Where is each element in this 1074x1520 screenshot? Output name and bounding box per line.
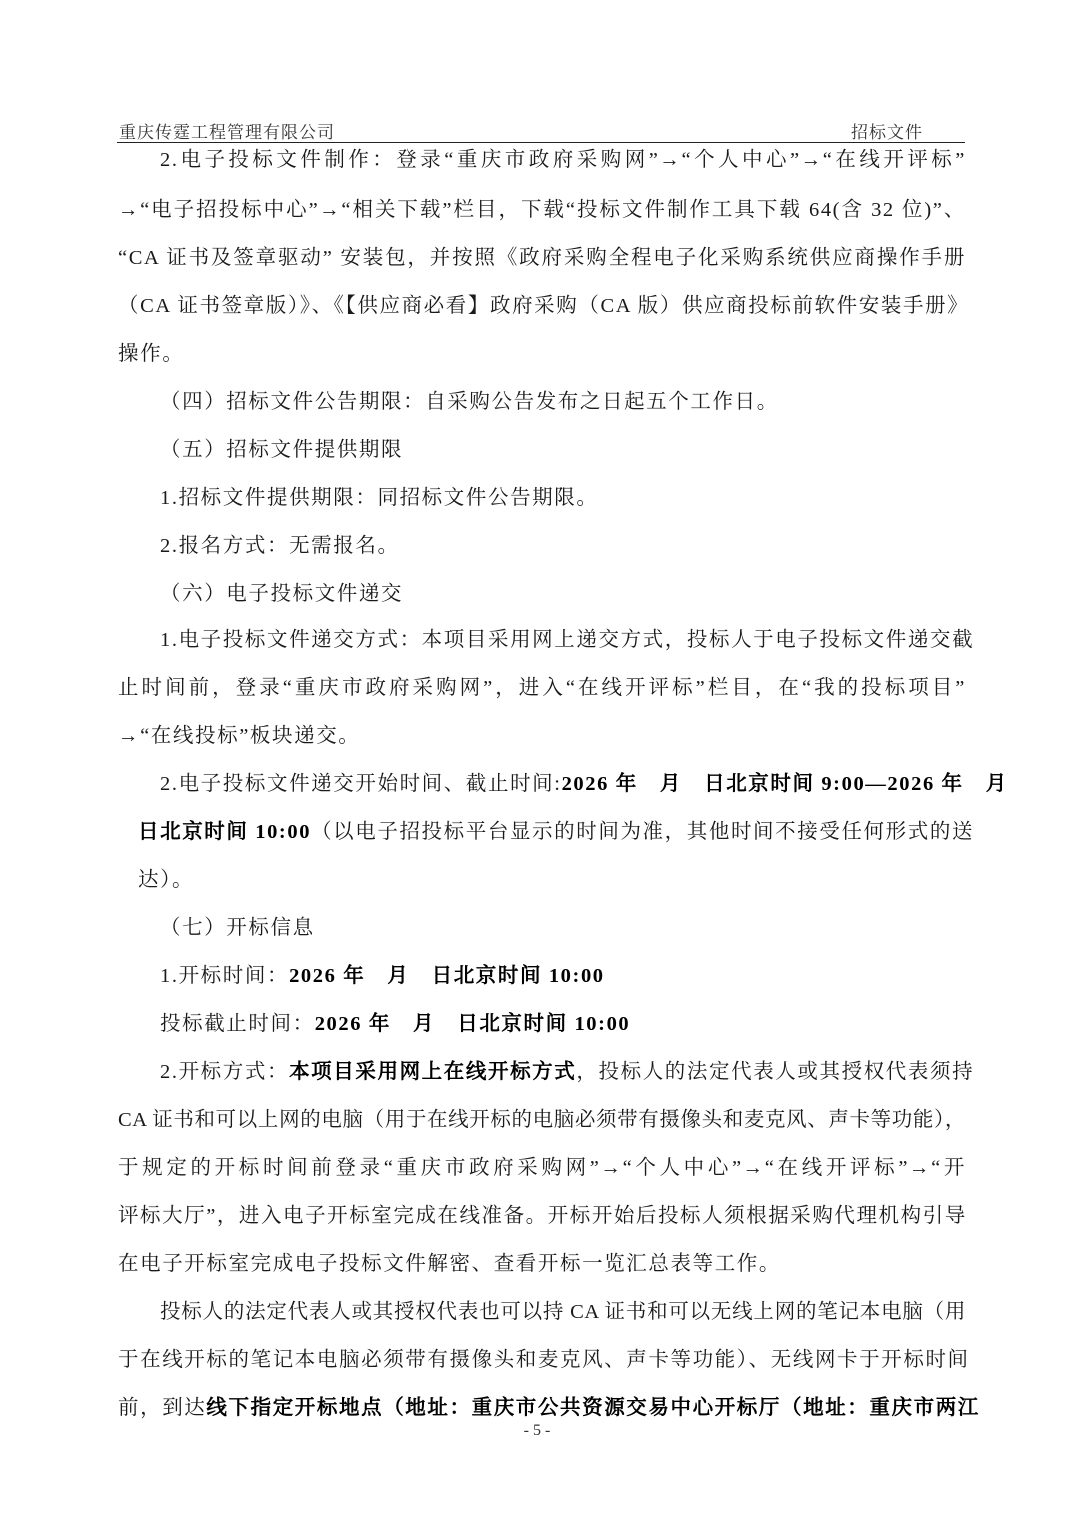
paragraph-line: 投标人的法定代表人或其授权代表也可以持 CA 证书和可以无线上网的笔记本电脑（用	[160, 1298, 966, 1326]
paragraph-line: 止时间前，登录“重庆市政府采购网”，进入“在线开评标”栏目，在“我的投标项目”	[118, 674, 966, 702]
paragraph-line: 2.电子投标文件递交开始时间、截止时间: 2026 年 月 日北京时间 9:00…	[160, 770, 966, 798]
paragraph-line: →“在线投标”板块递交。	[118, 722, 968, 750]
page-number: - 5 -	[0, 1422, 1074, 1440]
section-heading: （七）开标信息	[160, 914, 1010, 942]
opening-method-text: ，投标人的法定代表人或其授权代表须持	[576, 1058, 974, 1086]
paragraph-line: 1.招标文件提供期限：同招标文件公告期限。	[160, 484, 1010, 512]
opening-time-label: 1.开标时间：	[160, 965, 289, 987]
venue-lead: 前，到达	[118, 1394, 206, 1422]
paragraph-line: 1.开标时间：2026 年 月 日北京时间 10:00	[160, 962, 1010, 990]
submission-note: （以电子招投标平台显示的时间为准，其他时间不接受任何形式的送	[311, 818, 974, 846]
opening-time-value: 2026 年 月 日北京时间 10:00	[289, 965, 605, 987]
submission-time-value: 2026 年 月 日北京时间 9:00—2026 年 月	[562, 770, 1008, 798]
bid-deadline-value: 2026 年 月 日北京时间 10:00	[315, 1013, 631, 1035]
opening-method-label: 2.开标方式：	[160, 1058, 289, 1086]
venue-address: 线下指定开标地点（地址：重庆市公共资源交易中心开标厅（地址：重庆市两江	[206, 1394, 980, 1422]
paragraph-line: 2.开标方式：本项目采用网上在线开标方式，投标人的法定代表人或其授权代表须持	[160, 1058, 966, 1086]
submission-deadline-value: 日北京时间 10:00	[138, 818, 311, 846]
header-doc-type: 招标文件	[851, 118, 923, 143]
paragraph-line: 于在线开标的笔记本电脑必须带有摄像头和麦克风、声卡等功能）、无线网卡于开标时间	[118, 1346, 966, 1374]
paragraph-line: （CA 证书签章版）》、《【供应商必看】政府采购（CA 版）供应商投标前软件安装…	[118, 292, 966, 320]
page-header: 重庆传霆工程管理有限公司 招标文件	[117, 116, 965, 143]
document-page: 重庆传霆工程管理有限公司 招标文件 2.电子投标文件制作：登录“重庆市政府采购网…	[0, 0, 1074, 1520]
paragraph-line: 投标截止时间：2026 年 月 日北京时间 10:00	[160, 1010, 1010, 1038]
paragraph-line: 2.电子投标文件制作：登录“重庆市政府采购网”→“个人中心”→“在线开评标”	[160, 146, 966, 174]
paragraph-line: 2.报名方式：无需报名。	[160, 532, 1010, 560]
opening-method-value: 本项目采用网上在线开标方式	[289, 1058, 576, 1086]
paragraph-line: 于规定的开标时间前登录“重庆市政府采购网”→“个人中心”→“在线开评标”→“开	[118, 1154, 966, 1182]
paragraph-line: 达）。	[138, 866, 988, 894]
bid-deadline-label: 投标截止时间：	[160, 1013, 315, 1035]
submission-time-label: 2.电子投标文件递交开始时间、截止时间:	[160, 770, 562, 798]
paragraph-line: “CA 证书及签章驱动” 安装包，并按照《政府采购全程电子化采购系统供应商操作手…	[118, 244, 966, 272]
paragraph-line: 在电子开标室完成电子投标文件解密、查看开标一览汇总表等工作。	[118, 1250, 968, 1278]
section-heading: （六）电子投标文件递交	[160, 580, 1010, 608]
header-company: 重庆传霆工程管理有限公司	[119, 118, 335, 143]
paragraph-line: 1.电子投标文件递交方式：本项目采用网上递交方式，投标人于电子投标文件递交截	[160, 626, 966, 654]
paragraph-line: 评标大厅”，进入电子开标室完成在线准备。开标开始后投标人须根据采购代理机构引导	[118, 1202, 966, 1230]
paragraph-line: 日北京时间 10:00 （以电子招投标平台显示的时间为准，其他时间不接受任何形式…	[138, 818, 966, 846]
section-heading: （四）招标文件公告期限：自采购公告发布之日起五个工作日。	[160, 388, 1010, 416]
section-heading: （五）招标文件提供期限	[160, 436, 1010, 464]
paragraph-line: CA 证书和可以上网的电脑（用于在线开标的电脑必须带有摄像头和麦克风、声卡等功能…	[118, 1106, 966, 1134]
paragraph-line: 操作。	[118, 340, 968, 368]
paragraph-line: 前，到达线下指定开标地点（地址：重庆市公共资源交易中心开标厅（地址：重庆市两江	[118, 1394, 966, 1422]
paragraph-line: →“电子招投标中心”→“相关下载”栏目，下载“投标文件制作工具下载 64(含 3…	[118, 196, 966, 224]
